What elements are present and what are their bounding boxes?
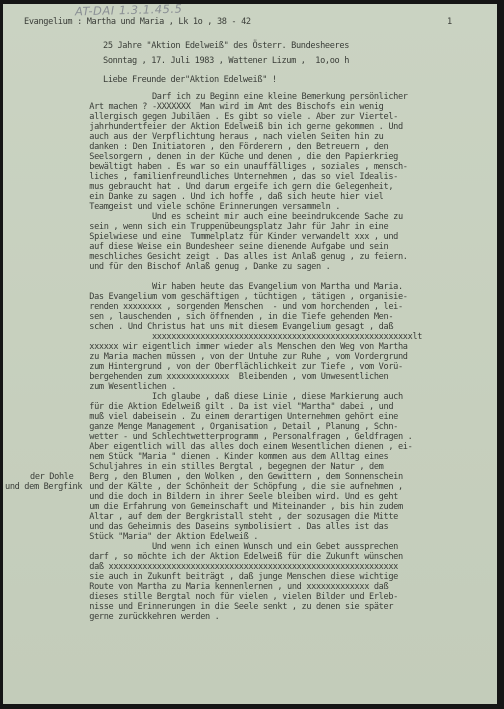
body-line: wetter - und Schlechtwetterprogramm , Pe… [41,432,422,442]
body-line: xxxxxx wir eigentlich immer wieder als M… [41,342,422,352]
body-line: darf , so möchte ich der Aktion Edelweiß… [41,552,422,562]
body-line: Spielwiese und eine Tummelplatz für Kind… [41,232,422,242]
body-line: zum Hintergrund , von der Oberflächlichk… [41,362,422,372]
body-line: jahrhundertfeier der Aktion Edelweiß bin… [41,122,422,132]
body-line: muß viel dabeisein . Zu einem derartigen… [41,412,422,422]
body-line: sen , lauschenden , sich öffnenden , in … [41,312,422,322]
body-line: daß xxxxxxxxxxxxxxxxxxxxxxxxxxxxxxxxxxxx… [41,562,422,572]
body-line: Und wenn ich einen Wunsch und ein Gebet … [41,542,422,552]
body-line: zu Maria machen müssen , von der Untuhe … [41,352,422,362]
body-line: Berg , den Blumen , den Wolken , den Gew… [41,472,422,482]
body-line: Darf ich zu Beginn eine kleine Bemerkung… [41,92,422,102]
body-line: ganze Menge Management , Organisation , … [41,422,422,432]
body-line: zum Wesentlichen . [41,382,422,392]
body-line: und für den Bischof Anlaß genug , Danke … [41,262,422,272]
body-line: und das Geheimnis des Daseins symbolisie… [41,522,422,532]
body-line: Seelsorgern , denen in der Küche und den… [41,152,422,162]
body-line: Wir haben heute das Evangelium von Marth… [41,282,422,292]
body-line: Stück "Maria" der Aktion Edelweiß . [41,532,422,542]
body-line: Altar , auf dem der Bergkristall steht ,… [41,512,422,522]
body-line: renden xxxxxxxx , sorgenden Menschen - u… [41,302,422,312]
body-line: gerne zurückkehren werden . [41,612,422,622]
margin-note-2: und dem Bergfink [5,482,82,492]
body-line: mus gebraucht hat . Und darum ergeife ic… [41,182,422,192]
body-line: und der Kälte , der Schönheit der Schöpf… [41,482,422,492]
body-line: nisse und Erinnerungen in die Seele senk… [41,602,422,612]
body-line: und die doch in Bildern in ihrer Seele b… [41,492,422,502]
gospel-reference-header: Evangelium : Martha und Maria , Lk 1o , … [24,17,251,27]
body-line: allergisch gegen Jubiläen . Es gibt so v… [41,112,422,122]
body-line: Schuljahres in ein stilles Bergtal , beg… [41,462,422,472]
body-line: Und es scheint mir auch eine beeindrukce… [41,212,422,222]
body-line: bergehenden zum xxxxxxxxxxxxx Bleibenden… [41,372,422,382]
salutation: Liebe Freunde der"Aktion Edelweiß" ! [103,75,277,85]
body-line: Teamgeist und viele schöne Erinnerungen … [41,202,422,212]
title-line-1: 25 Jahre "Aktion Edelweiß" des Österr. B… [103,41,349,51]
body-line: Route von Martha zu Maria kennenlernen ,… [41,582,422,592]
title-line-2: Sonntag , 17. Juli 1983 , Wattener Lizum… [103,56,349,66]
body-line: danken : Den Initiatoren , den Förderern… [41,142,422,152]
body-line: Ich glaube , daß diese Linie , diese Mar… [41,392,422,402]
body-line: schen . Und Christus hat uns mit diesem … [41,322,422,332]
body-line: liches , familienfreundliches Unternehme… [41,172,422,182]
body-line [41,272,422,282]
body-line: auf diese Weise ein Bundesheer seine die… [41,242,422,252]
margin-note-1: der Dohle [30,472,73,482]
body-line: sie auch in Zukunft beiträgt , daß junge… [41,572,422,582]
sermon-body: Darf ich zu Beginn eine kleine Bemerkung… [41,92,422,622]
body-line: auch aus der Verpflichtung heraus , nach… [41,132,422,142]
body-line: ein Danke zu sagen . Und ich hoffe , daß… [41,192,422,202]
body-line: dieses stille Bergtal noch für vielen , … [41,592,422,602]
body-line: Art machen ? -XXXXXXX Man wird im Amt de… [41,102,422,112]
body-line: xxxxxxxxxxxxxxxxxxxxxxxxxxxxxxxxxxxxxxxx… [41,332,422,342]
body-line: Das Evangelium vom geschäftigen , tüchti… [41,292,422,302]
archive-stamp: AT-DAI 1.3.1.45.5 [75,2,183,19]
body-line: Aber eigentlich will das alles doch eine… [41,442,422,452]
body-line: für die Aktion Edelweiß gilt . Da ist vi… [41,402,422,412]
body-line: sein , wenn sich ein Truppenübeungsplatz… [41,222,422,232]
page-number: 1 [447,17,452,27]
body-line: meschliches Gesicht zeigt . Das alles is… [41,252,422,262]
body-line: um die Erfahrung von Gemeinschaft und Mi… [41,502,422,512]
body-line: bewältigt haben . Es war so ein unauffäl… [41,162,422,172]
body-line: nem Stück "Maria " dienen . Kinder komme… [41,452,422,462]
